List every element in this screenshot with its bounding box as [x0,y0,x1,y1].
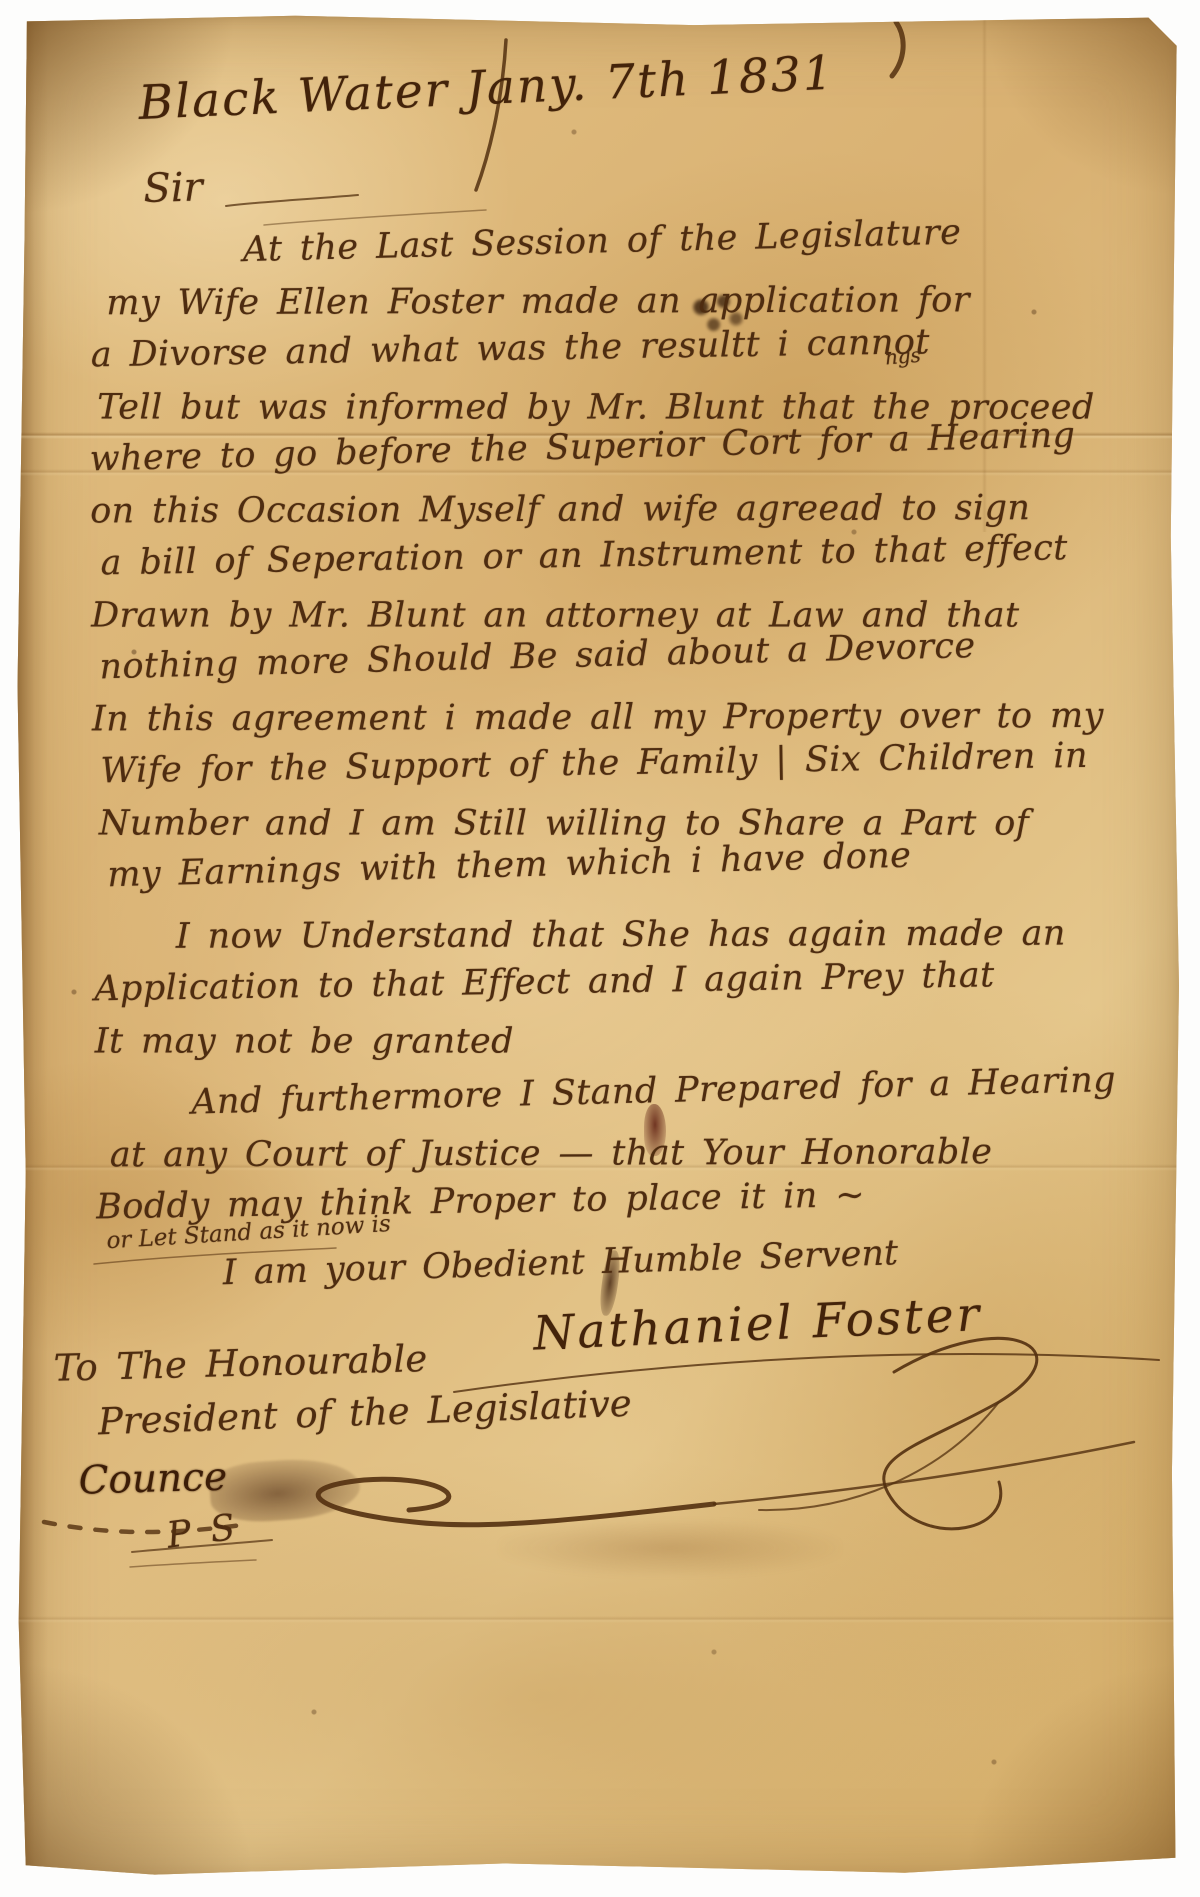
address-line: President of the Legislative [97,1382,632,1444]
body-lines: At the Last Session of the Legislaturemy… [88,207,1149,1234]
letter-closing: I am your Obedient Humble Servent [222,1233,898,1293]
document-scan: Black Water Jany. 7th 1831 Sir At the La… [0,0,1200,1897]
postscript-initials: P S [164,1507,241,1557]
address-line: Counce [78,1455,228,1504]
superscript-insertion: ngs [884,343,922,370]
letter-line: At the Last Session of the Legislature [242,203,1140,277]
letter-salutation: Sir [143,164,204,212]
signature-nathaniel-foster: Nathaniel Foster [532,1287,983,1362]
letter-text: Black Water Jany. 7th 1831 Sir At the La… [6,7,1194,1889]
letter-dateline: Black Water Jany. 7th 1831 [137,46,835,131]
address-line: To The Honourable [53,1337,428,1390]
letter-paper: Black Water Jany. 7th 1831 Sir At the La… [14,12,1186,1884]
